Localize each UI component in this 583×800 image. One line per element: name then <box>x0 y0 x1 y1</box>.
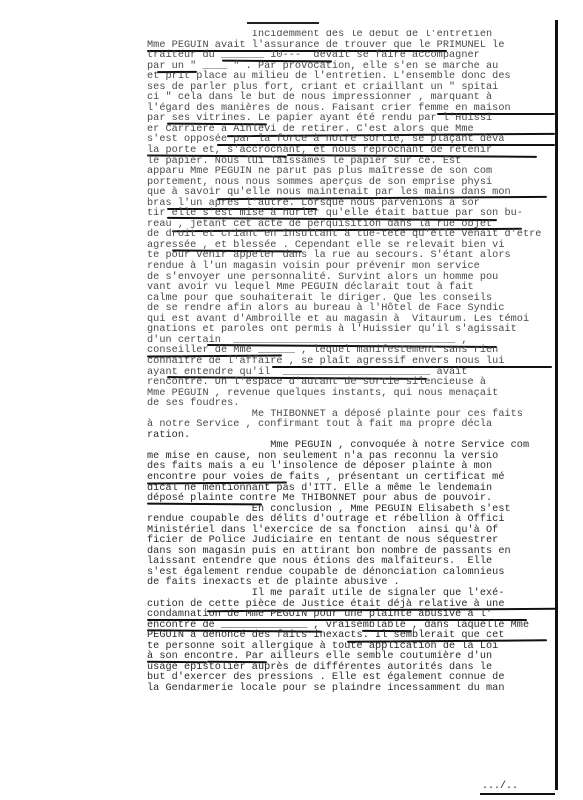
margin-bar <box>555 20 558 790</box>
header-rule <box>247 22 319 24</box>
continuation-mark: .../.. <box>482 781 518 792</box>
text-line: Il me paraît utile de signaler que l'exé… <box>147 589 555 600</box>
text-line: à notre Service , confirmant tout à fait… <box>147 420 555 431</box>
text-line: rencontre. Un l'espace d'autant de sorti… <box>147 378 555 389</box>
document-body: Incidemment dès le début de l'entretienM… <box>147 30 555 694</box>
text-line: rendue à l'un magasin voisin pour préven… <box>147 262 555 273</box>
text-line: connaître de l'affaire , se plaît agress… <box>147 357 555 368</box>
text-line: la porte et, s'accrochant, et nous repro… <box>147 146 555 157</box>
text-line: Incidemment dès le début de l'entretien <box>147 30 555 41</box>
text-line: encontre pour voies de faits , présentan… <box>147 473 555 484</box>
footer-rule <box>480 793 555 795</box>
text-line: la Gendarmerie locale pour se plaindre i… <box>147 684 555 695</box>
